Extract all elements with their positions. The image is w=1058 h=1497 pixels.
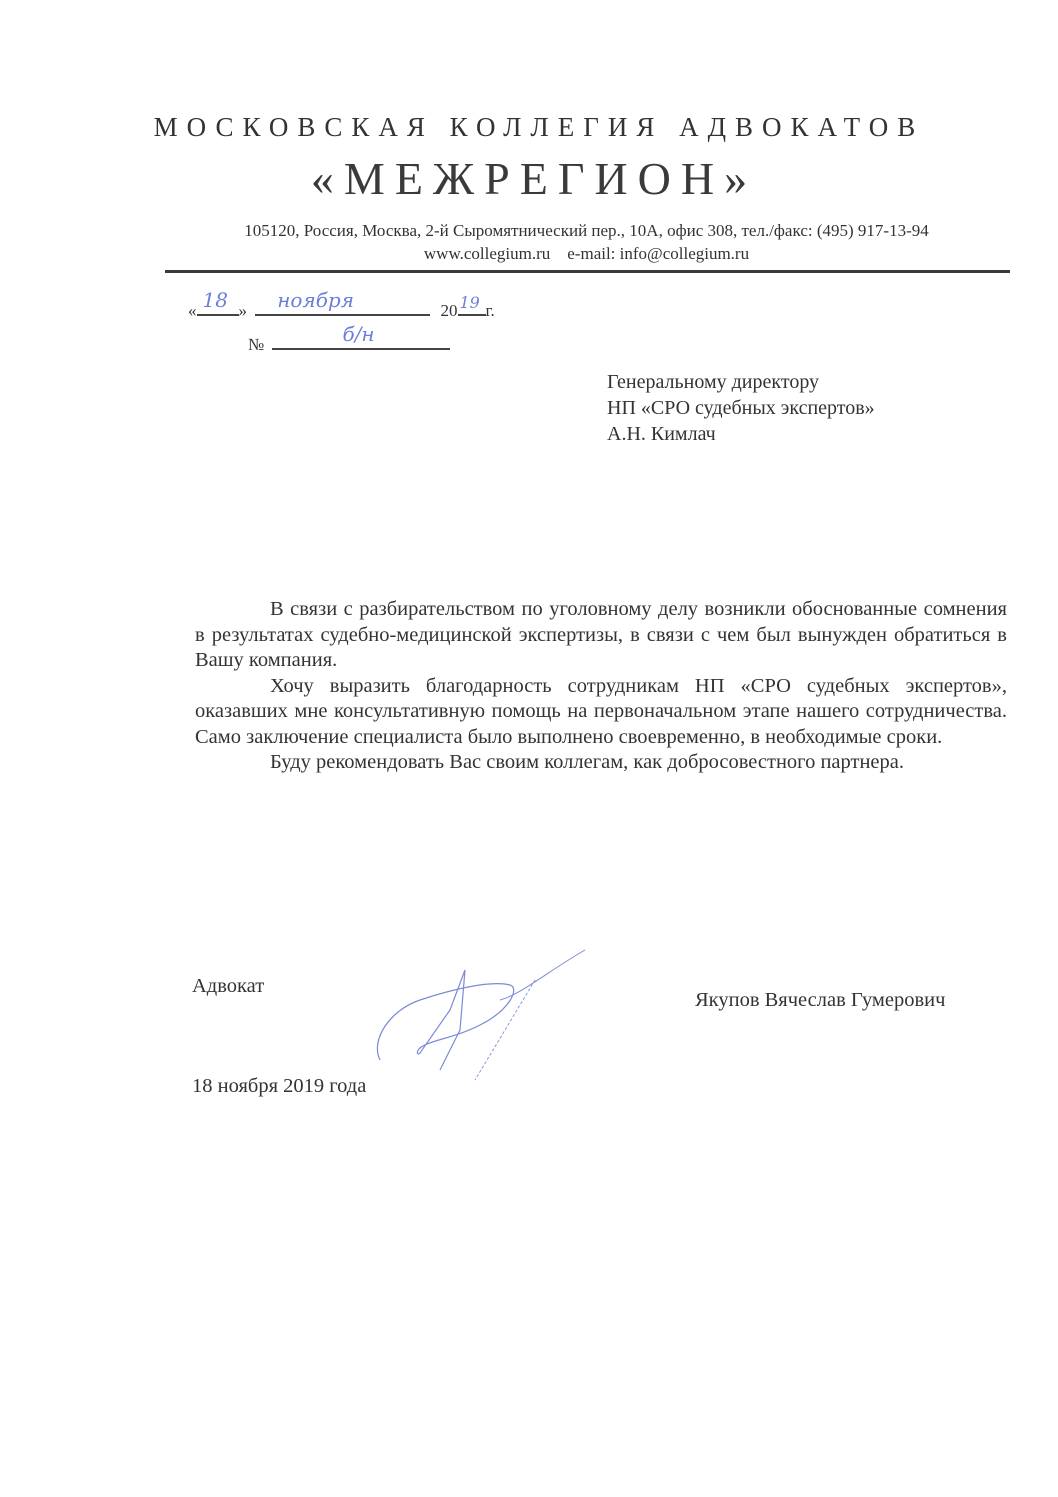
open-quote: «	[188, 301, 197, 320]
month-field: ноября	[255, 296, 430, 316]
handwritten-signature-icon	[360, 940, 600, 1080]
number-label: №	[248, 335, 264, 354]
recipient-name: А.Н. Кимлач	[607, 421, 875, 447]
month-handwritten: ноября	[277, 288, 354, 312]
close-quote: »	[239, 301, 248, 320]
organization-title: МОСКОВСКАЯ КОЛЛЕГИЯ АДВОКАТОВ	[0, 112, 1058, 143]
signer-role: Адвокат	[192, 975, 264, 998]
year-prefix: 20	[441, 301, 458, 320]
letterhead-contacts: 105120, Россия, Москва, 2-й Сыромятничес…	[0, 219, 1058, 265]
recipient-block: Генеральному директору НП «СРО судебных …	[607, 369, 875, 447]
signer-name: Якупов Вячеслав Гумерович	[695, 989, 945, 1012]
email: e-mail: info@collegium.ru	[567, 244, 749, 263]
header-divider	[165, 270, 1010, 273]
number-handwritten: б/н	[342, 322, 374, 346]
web-email-line: www.collegium.ru e-mail: info@collegium.…	[115, 242, 1058, 265]
paragraph: Буду рекомендовать Вас своим коллегам, к…	[195, 750, 1007, 776]
year-mark: г.	[486, 301, 495, 320]
address: 105120, Россия, Москва, 2-й Сыромятничес…	[115, 219, 1058, 242]
registration-date: «18» ноября 2019г.	[188, 296, 495, 321]
number-field: б/н	[272, 330, 450, 350]
organization-name: «МЕЖРЕГИОН»	[0, 152, 1058, 205]
letter-body: В связи с разбирательством по уголовному…	[195, 597, 1007, 776]
recipient-organization: НП «СРО судебных экспертов»	[607, 395, 875, 421]
day-handwritten: 18	[203, 288, 228, 312]
day-field: 18	[197, 296, 239, 316]
paragraph: В связи с разбирательством по уголовному…	[195, 597, 1007, 674]
website: www.collegium.ru	[424, 244, 550, 263]
registration-number: № б/н	[248, 330, 450, 355]
year-field: 19	[458, 296, 486, 316]
recipient-title: Генеральному директору	[607, 369, 875, 395]
signature-date: 18 ноября 2019 года	[192, 1075, 366, 1098]
paragraph: Хочу выразить благодарность сотрудникам …	[195, 674, 1007, 751]
year-handwritten: 19	[460, 293, 480, 312]
